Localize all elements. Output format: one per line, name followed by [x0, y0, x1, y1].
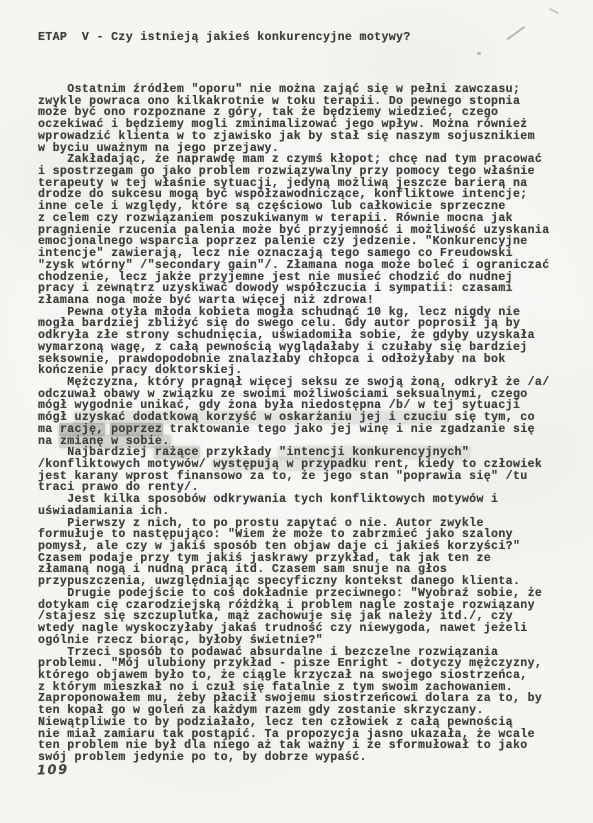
- pencil-mark: [477, 52, 481, 55]
- pencil-mark: [507, 26, 526, 41]
- chapter-heading: ETAP V - Czy istnieją jakieś konkurencyj…: [38, 31, 411, 44]
- scanned-document-page: ETAP V - Czy istnieją jakieś konkurencyj…: [0, 0, 593, 823]
- text-line: swój problem jedynie po to, by dobrze wy…: [38, 752, 575, 764]
- document-body: Ostatnim źródłem "oporu" nie można zająć…: [38, 84, 575, 764]
- smudge-highlight: poprzez: [110, 423, 163, 436]
- pencil-mark: [300, 690, 305, 693]
- smudge-highlight: rację,: [59, 423, 105, 436]
- text-line: ma rację, poprzez traktowanie tego jako …: [38, 424, 575, 436]
- pencil-mark: [549, 8, 559, 14]
- text-segment: traktowanie tego jako jej winę i nie zga…: [162, 423, 535, 436]
- text-segment: swój problem jedynie po to, by dobrze wy…: [38, 751, 367, 764]
- page-number: 109: [37, 762, 69, 778]
